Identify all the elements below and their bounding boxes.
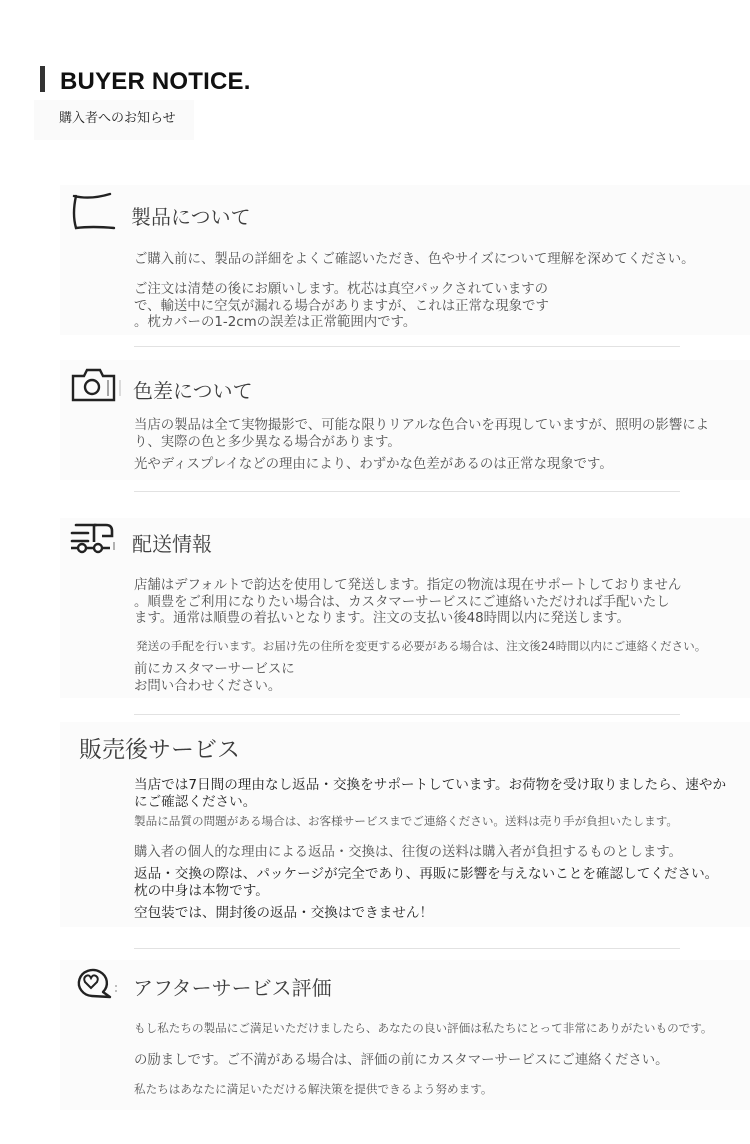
pillow-icon [70,192,122,232]
review-text-1: もし私たちの製品にご満足いただけましたら、あなたの良い評価は私たちにとって非常に… [134,1021,713,1036]
header-accent-bar [40,66,45,92]
aftersales-text-3: 購入者の個人的な理由による返品・交換は、往復の送料は購入者が負担するものとします… [134,845,682,862]
delivery-truck-icon [68,520,120,560]
review-text-3: 私たちはあなたに満足いただける解決策を提供できるよう努めます。 [134,1082,492,1097]
section-title-color: 色差について [133,375,253,404]
section-title-shipping: 配送情報 [132,528,212,557]
shipping-text-1: 店舗はデフォルトで韵达を使用して発送します。指定の物流は現在サポートしておりませ… [134,578,681,628]
divider [134,714,680,715]
aftersales-text-2: 製品に品質の問題がある場合は、お客様サービスまでご連絡ください。送料は売り手が負… [134,814,678,829]
shipping-text-3: 前にカスタマーサービスに お問い合わせください。 [134,662,295,695]
section-title-review: アフターサービス評価 [133,972,332,1001]
divider [134,491,680,492]
product-text-2: ご注文は清楚の後にお願いします。枕芯は真空パックされていますの で、輸送中に空気… [134,282,549,332]
divider [134,346,680,347]
color-text-1: 当店の製品は全て実物撮影で、可能な限りリアルな色合いを再現していますが、照明の影… [134,418,709,451]
aftersales-text-5: 空包装では、開封後の返品・交換はできません！ [134,905,433,922]
page-subtitle: 購入者へのお知らせ [59,107,176,126]
heart-chat-icon [72,964,124,1004]
page-title: BUYER NOTICE. [60,68,251,96]
divider [134,948,680,949]
aftersales-text-4: 返品・交換の際は、パッケージが完全であり、再販に影響を与えないことを確認してくだ… [134,866,718,899]
section-title-product: 製品について [131,201,251,230]
camera-icon [70,366,122,406]
color-text-2: 光やディスプレイなどの理由により、わずかな色差があるのは正常な現象です。 [134,457,613,474]
review-text-2: の励ましです。ご不満がある場合は、評価の前にカスタマーサービスにご連絡ください。 [134,1053,669,1070]
section-title-aftersales: 販売後サービス [79,731,240,764]
aftersales-text-1: 当店では7日間の理由なし返品・交換をサポートしています。お荷物を受け取りましたら… [134,777,726,810]
shipping-text-2: 発送の手配を行います。お届け先の住所を変更する必要がある場合は、注文後24時間以… [136,639,706,654]
product-text-1: ご購入前に、製品の詳細をよくご確認いただき、色やサイズについて理解を深めてくださ… [134,252,695,269]
